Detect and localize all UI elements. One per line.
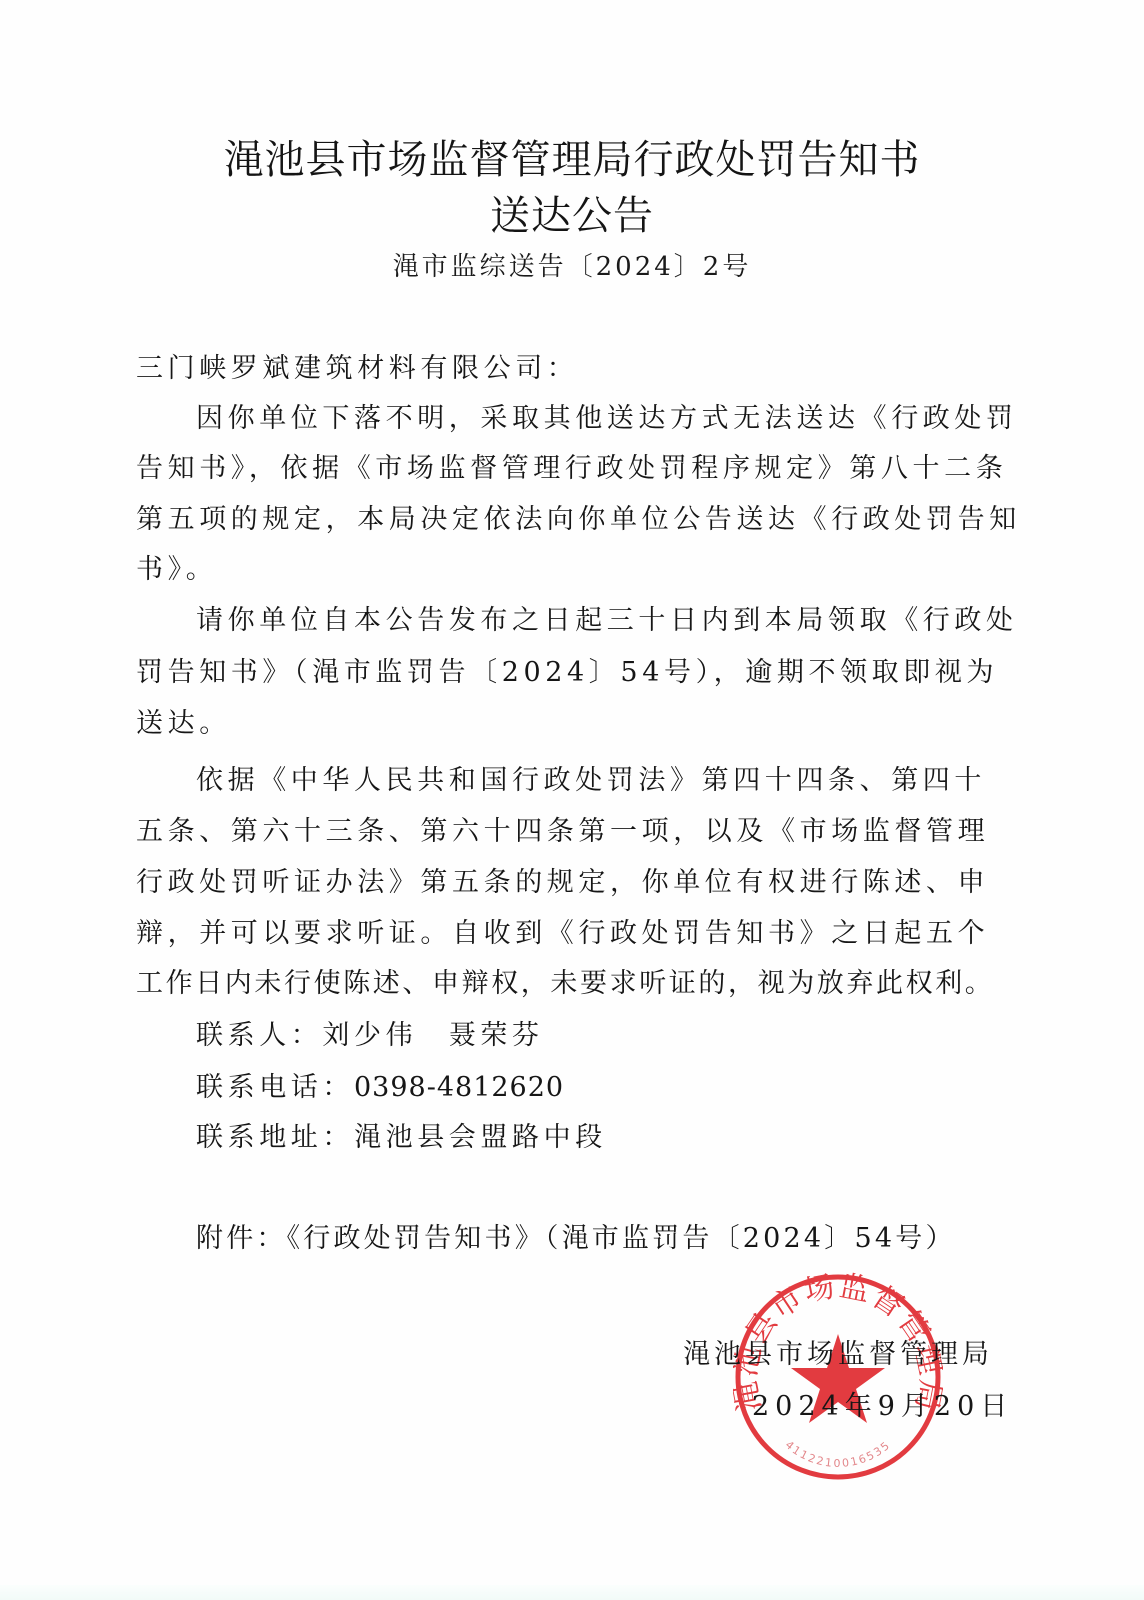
paragraph-2-line: 送达。: [136, 707, 231, 741]
contact-address-value: 渑池县会盟路中段: [354, 1122, 607, 1153]
paragraph-3-line: 辩，并可以要求听证。自收到《行政处罚告知书》之日起五个: [136, 917, 989, 951]
contact-person-label: 联系人：: [196, 1020, 322, 1051]
addressee: 三门峡罗斌建筑材料有限公司：: [136, 352, 578, 386]
paragraph-1-line: 因你单位下落不明，采取其他送达方式无法送达《行政处罚: [196, 402, 1018, 436]
paragraph-3-line: 五条、第六十三条、第六十四条第一项，以及《市场监督管理: [136, 815, 989, 849]
paragraph-1-line: 告知书》，依据《市场监督管理行政处罚程序规定》第八十二条: [136, 452, 1007, 486]
paragraph-2-line: 罚告知书》（渑市监罚告〔2024〕54号），逾期不领取即视为: [136, 656, 998, 690]
official-seal-icon: 渑池县市场监督管理局 4112210016535: [733, 1272, 943, 1482]
contact-person: 联系人：刘少伟 聂荣芬: [196, 1019, 544, 1053]
contact-phone: 联系电话：0398-4812620: [196, 1071, 564, 1105]
contact-person-names: 刘少伟 聂荣芬: [322, 1020, 543, 1051]
paragraph-3-line: 工作日内未行使陈述、申辩权，未要求听证的，视为放弃此权利。: [136, 967, 994, 1001]
paragraph-3-line: 行政处罚听证办法》第五条的规定，你单位有权进行陈述、申: [136, 866, 989, 900]
document-title: 渑池县市场监督管理局行政处罚告知书: [0, 128, 1144, 185]
document-page: 渑池县市场监督管理局行政处罚告知书 送达公告 渑市监综送告〔2024〕2号 三门…: [0, 0, 1144, 1600]
contact-phone-label: 联系电话：: [196, 1072, 354, 1103]
document-number: 渑市监综送告〔2024〕2号: [0, 246, 1144, 283]
contact-address: 联系地址：渑池县会盟路中段: [196, 1121, 607, 1155]
attachment-note: 附件：《行政处罚告知书》（渑市监罚告〔2024〕54号）: [196, 1222, 956, 1256]
document-subtitle: 送达公告: [0, 184, 1144, 241]
issuing-authority: 渑池县市场监督管理局: [683, 1332, 993, 1371]
paragraph-1-line: 书》。: [136, 553, 217, 587]
contact-address-label: 联系地址：: [196, 1122, 354, 1153]
paragraph-2-line: 请你单位自本公告发布之日起三十日内到本局领取《行政处: [196, 604, 1018, 638]
paragraph-1-line: 第五项的规定，本局决定依法向你单位公告送达《行政处罚告知: [136, 503, 1021, 537]
scan-edge: [0, 1585, 1144, 1600]
issue-date: 2024年9月20日: [752, 1384, 1013, 1423]
svg-text:4112210016535: 4112210016535: [783, 1438, 894, 1470]
contact-phone-number: 0398-4812620: [354, 1072, 564, 1103]
paragraph-3-line: 依据《中华人民共和国行政处罚法》第四十四条、第四十: [196, 764, 986, 798]
